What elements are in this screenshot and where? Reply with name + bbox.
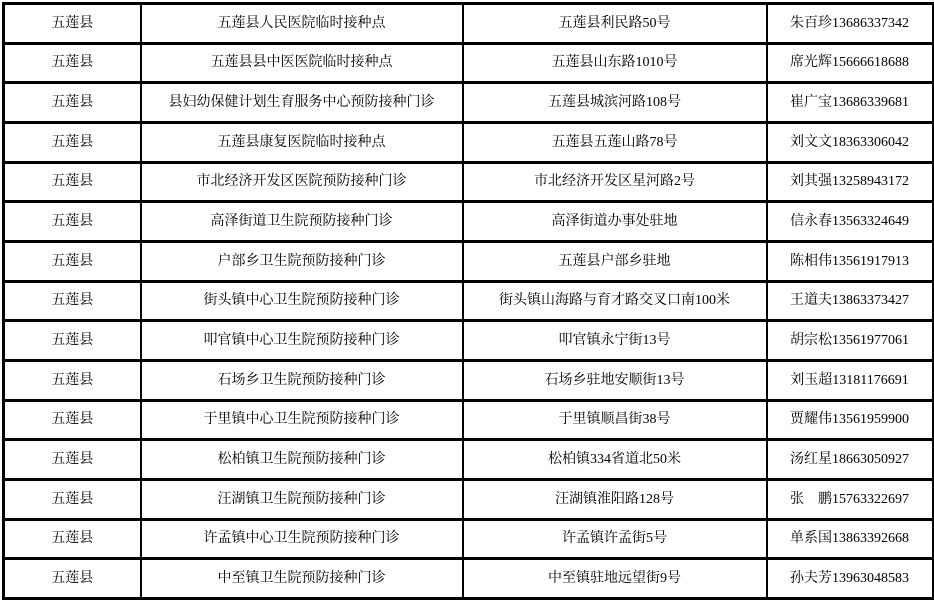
table-row: 五莲县高泽街道卫生院预防接种门诊高泽街道办事处驻地信永春13563324649: [4, 202, 933, 242]
cell-county: 五莲县: [4, 241, 141, 281]
cell-address: 许孟镇许孟街5号: [463, 519, 767, 559]
cell-address: 五莲县利民路50号: [463, 4, 767, 44]
cell-contact: 孙夫芳13963048583: [767, 559, 933, 599]
table-row: 五莲县中至镇卫生院预防接种门诊中至镇驻地远望街9号孙夫芳13963048583: [4, 559, 933, 599]
cell-county: 五莲县: [4, 162, 141, 202]
cell-address: 松柏镇334省道北50米: [463, 440, 767, 480]
cell-site: 汪湖镇卫生院预防接种门诊: [141, 479, 463, 519]
cell-contact: 单系国13863392668: [767, 519, 933, 559]
cell-site: 石场乡卫生院预防接种门诊: [141, 360, 463, 400]
table-row: 五莲县石场乡卫生院预防接种门诊石场乡驻地安顺街13号刘玉超13181176691: [4, 360, 933, 400]
table-row: 五莲县汪湖镇卫生院预防接种门诊汪湖镇淮阳路128号张 鹏15763322697: [4, 479, 933, 519]
cell-county: 五莲县: [4, 281, 141, 321]
cell-address: 五莲县山东路1010号: [463, 43, 767, 83]
cell-contact: 刘文文18363306042: [767, 122, 933, 162]
page: 五莲县五莲县人民医院临时接种点五莲县利民路50号朱百珍13686337342五莲…: [0, 0, 934, 603]
table-row: 五莲县市北经济开发区医院预防接种门诊市北经济开发区星河路2号刘其强1325894…: [4, 162, 933, 202]
cell-contact: 王道夫13863373427: [767, 281, 933, 321]
cell-site: 五莲县县中医医院临时接种点: [141, 43, 463, 83]
cell-address: 五莲县五莲山路78号: [463, 122, 767, 162]
table-row: 五莲县五莲县人民医院临时接种点五莲县利民路50号朱百珍13686337342: [4, 4, 933, 44]
cell-county: 五莲县: [4, 83, 141, 123]
cell-site: 街头镇中心卫生院预防接种门诊: [141, 281, 463, 321]
vaccination-sites-table: 五莲县五莲县人民医院临时接种点五莲县利民路50号朱百珍13686337342五莲…: [2, 2, 934, 600]
cell-contact: 胡宗松13561977061: [767, 321, 933, 361]
cell-address: 高泽街道办事处驻地: [463, 202, 767, 242]
table-row: 五莲县于里镇中心卫生院预防接种门诊于里镇顺昌街38号贾耀伟13561959900: [4, 400, 933, 440]
cell-contact: 汤红星18663050927: [767, 440, 933, 480]
cell-county: 五莲县: [4, 519, 141, 559]
cell-county: 五莲县: [4, 4, 141, 44]
cell-contact: 朱百珍13686337342: [767, 4, 933, 44]
table-row: 五莲县街头镇中心卫生院预防接种门诊街头镇山海路与育才路交叉口南100米王道夫13…: [4, 281, 933, 321]
cell-contact: 席光辉15666618688: [767, 43, 933, 83]
cell-site: 市北经济开发区医院预防接种门诊: [141, 162, 463, 202]
table-row: 五莲县松柏镇卫生院预防接种门诊松柏镇334省道北50米汤红星1866305092…: [4, 440, 933, 480]
cell-address: 中至镇驻地远望街9号: [463, 559, 767, 599]
cell-contact: 刘玉超13181176691: [767, 360, 933, 400]
table-row: 五莲县五莲县康复医院临时接种点五莲县五莲山路78号刘文文18363306042: [4, 122, 933, 162]
cell-address: 市北经济开发区星河路2号: [463, 162, 767, 202]
cell-county: 五莲县: [4, 122, 141, 162]
cell-county: 五莲县: [4, 360, 141, 400]
cell-site: 户部乡卫生院预防接种门诊: [141, 241, 463, 281]
cell-site: 县妇幼保健计划生育服务中心预防接种门诊: [141, 83, 463, 123]
vaccination-table-body: 五莲县五莲县人民医院临时接种点五莲县利民路50号朱百珍13686337342五莲…: [4, 4, 933, 599]
cell-address: 于里镇顺昌街38号: [463, 400, 767, 440]
cell-county: 五莲县: [4, 43, 141, 83]
cell-site: 高泽街道卫生院预防接种门诊: [141, 202, 463, 242]
cell-county: 五莲县: [4, 400, 141, 440]
cell-contact: 陈相伟13561917913: [767, 241, 933, 281]
cell-site: 许孟镇中心卫生院预防接种门诊: [141, 519, 463, 559]
cell-address: 五莲县户部乡驻地: [463, 241, 767, 281]
cell-site: 叩官镇中心卫生院预防接种门诊: [141, 321, 463, 361]
table-row: 五莲县许孟镇中心卫生院预防接种门诊许孟镇许孟街5号单系国13863392668: [4, 519, 933, 559]
cell-contact: 信永春13563324649: [767, 202, 933, 242]
cell-contact: 张 鹏15763322697: [767, 479, 933, 519]
table-row: 五莲县五莲县县中医医院临时接种点五莲县山东路1010号席光辉1566661868…: [4, 43, 933, 83]
cell-county: 五莲县: [4, 440, 141, 480]
cell-county: 五莲县: [4, 321, 141, 361]
cell-contact: 贾耀伟13561959900: [767, 400, 933, 440]
cell-contact: 刘其强13258943172: [767, 162, 933, 202]
cell-address: 叩官镇永宁街13号: [463, 321, 767, 361]
table-row: 五莲县叩官镇中心卫生院预防接种门诊叩官镇永宁街13号胡宗松13561977061: [4, 321, 933, 361]
cell-site: 于里镇中心卫生院预防接种门诊: [141, 400, 463, 440]
cell-address: 街头镇山海路与育才路交叉口南100米: [463, 281, 767, 321]
cell-site: 五莲县人民医院临时接种点: [141, 4, 463, 44]
cell-contact: 崔广宝13686339681: [767, 83, 933, 123]
cell-county: 五莲县: [4, 479, 141, 519]
cell-address: 石场乡驻地安顺街13号: [463, 360, 767, 400]
table-row: 五莲县县妇幼保健计划生育服务中心预防接种门诊五莲县城滨河路108号崔广宝1368…: [4, 83, 933, 123]
cell-site: 五莲县康复医院临时接种点: [141, 122, 463, 162]
cell-site: 松柏镇卫生院预防接种门诊: [141, 440, 463, 480]
cell-county: 五莲县: [4, 559, 141, 599]
cell-address: 五莲县城滨河路108号: [463, 83, 767, 123]
cell-site: 中至镇卫生院预防接种门诊: [141, 559, 463, 599]
cell-address: 汪湖镇淮阳路128号: [463, 479, 767, 519]
table-row: 五莲县户部乡卫生院预防接种门诊五莲县户部乡驻地陈相伟13561917913: [4, 241, 933, 281]
cell-county: 五莲县: [4, 202, 141, 242]
